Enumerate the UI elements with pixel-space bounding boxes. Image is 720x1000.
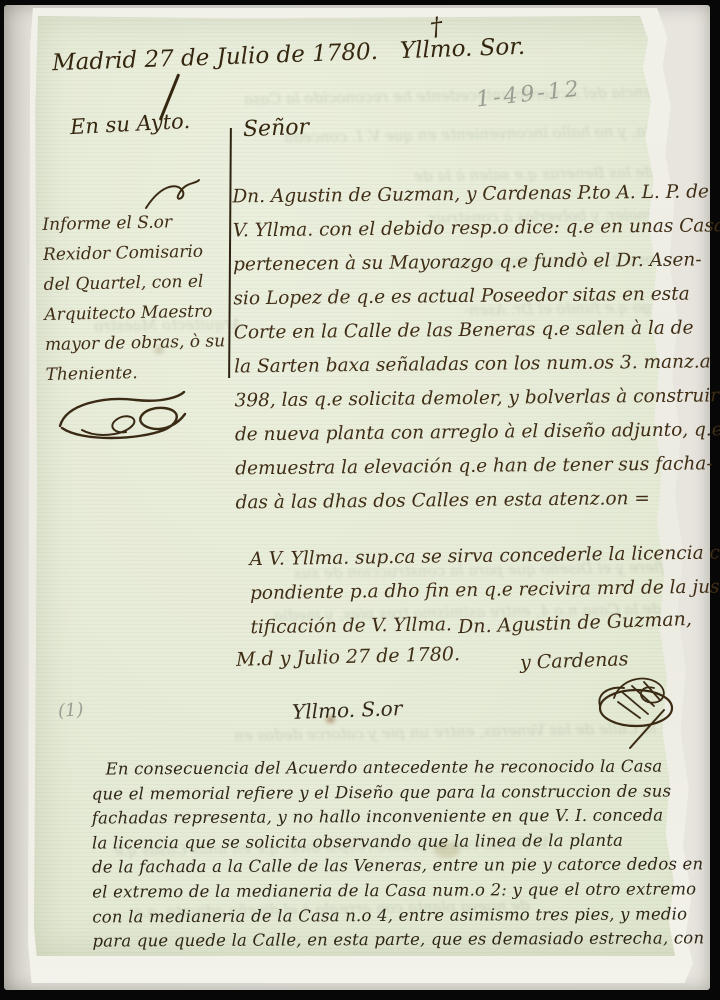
margin-rubric-icon [52,388,192,446]
petition-line: la Sarten baxa señaladas con los num.os … [234,346,689,385]
petition-salutation: Señor [243,115,310,142]
petition-line: 398, las q.e solicita demoler, y bolverl… [234,380,689,419]
petition-body: Dn. Agustin de Guzman, y Cardenas P.to A… [232,176,691,521]
page-number-mark: (1) [57,699,84,722]
report-line: En consecuencia del Acuerdo antecedente … [105,754,671,782]
petition-line: Corte en la Calle de las Beneras q.e sal… [234,312,689,351]
margin-note-line: Informe el S.or [42,206,238,240]
petition-line: demuestra la elevación q.e han de tener … [235,448,690,487]
report-line: de la fachada a la Calle de las Veneras,… [92,853,672,881]
signature-rubric-icon [594,662,694,742]
report-salutation: Yllmo. S.or [292,696,403,724]
report-line: con la medianeria de la Casa n.o 4, entr… [92,902,672,930]
margin-note-line: del Quartel, con el [43,266,239,300]
petition-line: Dn. Agustin de Guzman, y Cardenas P.to A… [232,176,687,215]
petition-line: das à las dhas dos Calles en esta atenz.… [235,482,690,521]
margin-note-line: Theniente. [45,356,241,390]
petition-line: pertenecen à su Mayorazgo q.e fundò el D… [233,244,688,283]
report-line: que el memorial refiere y el Diseño que … [92,779,672,807]
report-line: la licencia que se solicita observando q… [92,828,672,856]
addressee: Yllmo. Sor. [399,34,525,64]
petition-line: V. Yllma. con el debido resp.o dice: q.e… [233,210,688,249]
scan-background: En consecuencia del Acuerdo antecedente … [0,0,720,1000]
margin-note-line: mayor de obras, ò su [45,326,241,360]
margin-note-line: Rexidor Comisario [43,236,239,270]
petition-line: de nueva planta con arreglo à el diseño … [235,414,690,453]
report-line: fachadas representa, y no hallo inconven… [92,804,672,832]
report-line: el extremo de la medianeria de la Casa n… [92,877,672,905]
report-body: En consecuencia del Acuerdo antecedente … [91,754,672,954]
margin-note: Informe el S.or Rexidor Comisario del Qu… [42,206,241,390]
petition-line: sio Lopez de q.e es actual Poseedor sita… [233,278,688,317]
margin-note-line: Arquitecto Maestro [44,296,240,330]
report-line: para que quede la Calle, en esta parte, … [92,927,672,955]
request-line: pondiente p.a dho fin en q.e recivira mr… [250,571,690,611]
